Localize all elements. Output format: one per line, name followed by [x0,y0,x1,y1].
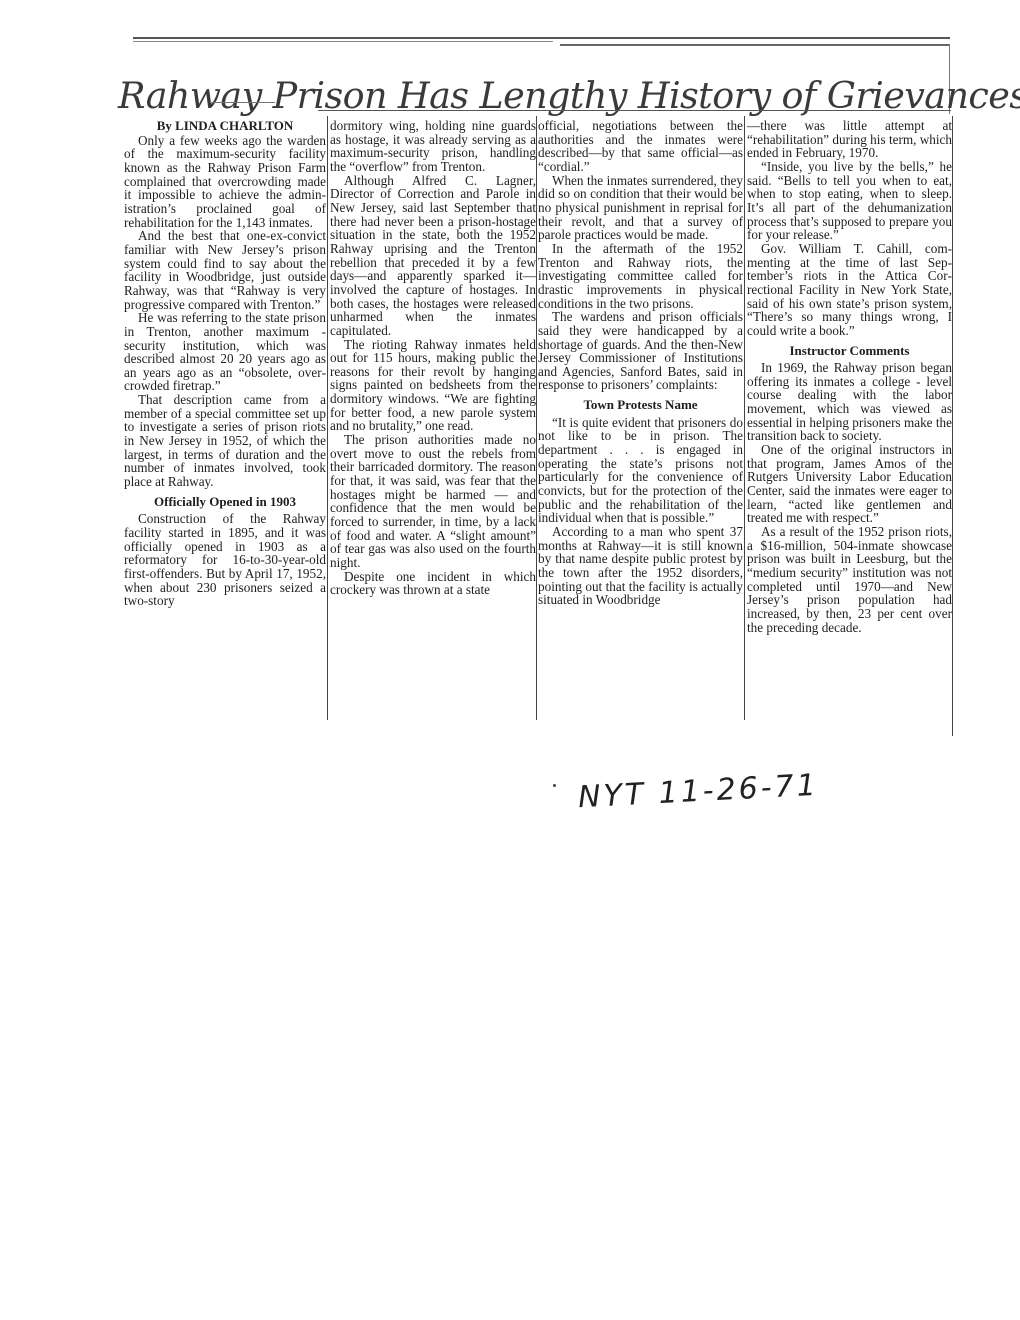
ink-dot [553,784,556,787]
paragraph: Although Alfred C. Lagner, Director of C… [330,174,536,338]
top-rule-right [560,44,950,46]
paragraph: “Inside, you live by the bells,” he said… [747,160,952,242]
handwritten-annotation: NYT 11-26-71 [577,768,819,816]
article-column-4: —there was little attempt at “rehabilita… [747,119,952,634]
byline: By LINDA CHARLTON [124,119,326,133]
paragraph: Gov. William T. Cahill, com­menting at t… [747,242,952,338]
paragraph: The prison authorities made no overt mov… [330,433,536,570]
article-column-2: dormitory wing, holding nine guards as h… [330,119,536,597]
column-divider [327,116,328,720]
paragraph: That description came from a member of a… [124,393,326,489]
top-rule [133,37,950,39]
paragraph: And the best that one-ex-convict familia… [124,229,326,311]
paragraph: Despite one incident in which crockery w… [330,570,536,597]
paragraph: official, negotiations between the autho… [538,119,743,174]
subheading: Officially Opened in 1903 [124,495,326,509]
paragraph: The wardens and prison offi­cials said t… [538,310,743,392]
article-column-1: By LINDA CHARLTON Only a few weeks ago t… [124,119,326,608]
paragraph: The rioting Rahway inmates held out for … [330,338,536,434]
paragraph: As a result of the 1952 prison riots, a … [747,525,952,634]
paragraph: He was referring to the state prison in … [124,311,326,393]
column-divider [536,116,537,720]
paragraph: When the inmates surrend­ered, they did … [538,174,743,242]
byline-rule [210,102,275,103]
paragraph: —there was little attempt at “rehabilita… [747,119,952,160]
column-divider [744,116,745,720]
column-divider [952,116,953,736]
article-column-3: official, negotiations between the autho… [538,119,743,607]
clipping-page: Rahway Prison Has Lengthy History of Gri… [0,0,1020,1320]
top-rule-secondary [133,41,553,42]
paragraph: Construction of the Rahway facility star… [124,512,326,608]
paragraph: Only a few weeks ago the warden of the m… [124,134,326,230]
paragraph: According to a man who spent 37 months a… [538,525,743,607]
subheading: Town Protests Name [538,398,743,412]
paragraph: One of the original instruc­tors in that… [747,443,952,525]
paragraph: In the aftermath of the 1952 Trenton and… [538,242,743,310]
paragraph: dormitory wing, holding nine guards as h… [330,119,536,174]
headline-underline [318,110,951,111]
paragraph: “It is quite evident that pris­oners do … [538,416,743,525]
paragraph: In 1969, the Rahway prison began offerin… [747,361,952,443]
subheading: Instructor Comments [747,344,952,358]
